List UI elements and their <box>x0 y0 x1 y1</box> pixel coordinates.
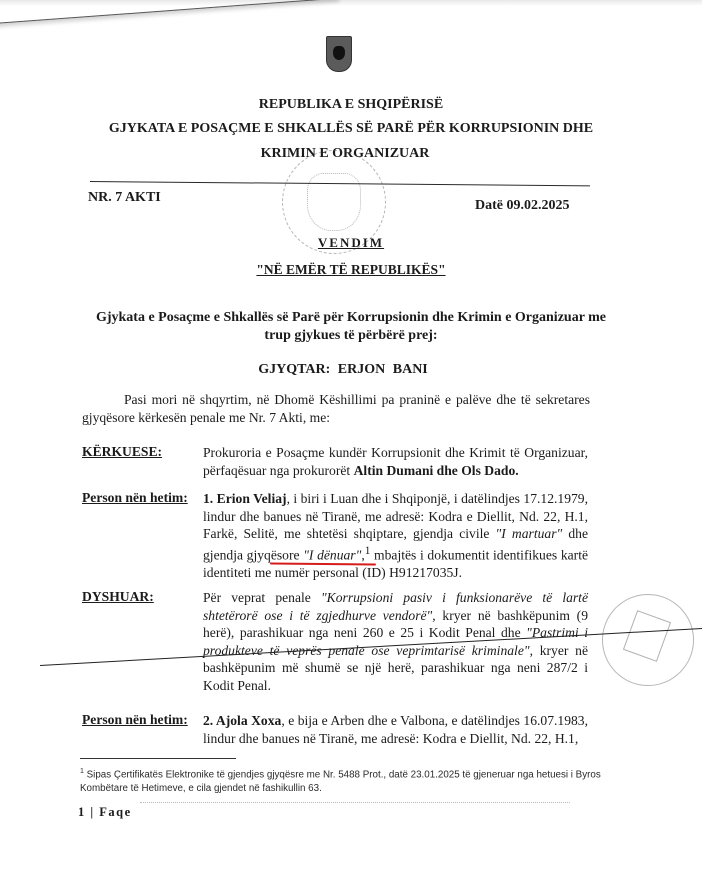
suspected-label: DYSHUAR: <box>82 589 154 605</box>
footnote-text: Sipas Çertifikatës Elektronike të gjendj… <box>80 769 601 794</box>
coat-of-arms-icon <box>326 36 352 72</box>
judge-label: GJYQTAR: <box>258 362 330 377</box>
requester-text: Prokuroria e Posaçme kundër Korrupsionit… <box>203 444 588 479</box>
footnote-divider <box>80 758 236 759</box>
person2-label: Person nën hetim: <box>82 712 188 728</box>
footnote: 1 Sipas Çertifikatës Elektronike të gjen… <box>80 765 640 796</box>
person1-text: 1. Erion Veliaj, i biri i Luan dhe i Shq… <box>203 490 588 581</box>
decision-title: VENDIM <box>0 235 702 251</box>
person1-civil-status: "I martuar" <box>496 526 563 541</box>
secretary-stamp-icon <box>602 594 694 686</box>
case-number: NR. 7 AKTI <box>88 190 161 206</box>
page-number: 1 | Faqe <box>78 805 132 820</box>
intro-paragraph: Pasi mori në shqyrtim, në Dhomë Këshilli… <box>82 391 590 426</box>
suspected-desc-a: Për veprat penale <box>203 590 321 605</box>
court-composition-line1: Gjykata e Posaçme e Shkallës së Parë për… <box>0 309 702 327</box>
decision-subtitle: "NË EMËR TË REPUBLIKËS" <box>0 262 702 278</box>
court-heading-line1: GJYKATA E POSAÇME E SHKALLËS SË PARË PËR… <box>0 121 702 137</box>
scan-noise <box>140 802 570 804</box>
requester-label: KËRKUESE: <box>82 444 162 460</box>
person2-name: 2. Ajola Xoxa <box>203 713 281 728</box>
person1-label: Person nën hetim: <box>82 490 188 506</box>
suspected-text: Për veprat penale "Korrupsioni pasiv i f… <box>203 589 588 694</box>
judge-name: ERJON BANI <box>338 362 428 377</box>
person2-text: 2. Ajola Xoxa, e bija e Arben dhe e Valb… <box>203 712 588 747</box>
decision-title-text: VENDIM <box>318 235 384 250</box>
prosecutor-names: Altin Dumani dhe Ols Dado. <box>354 463 519 478</box>
footnote-number: 1 <box>80 768 84 775</box>
court-composition: Gjykata e Posaçme e Shkallës së Parë për… <box>0 309 702 345</box>
judge-line: GJYQTAR: ERJON BANI <box>0 362 694 378</box>
decision-date: Datë 09.02.2025 <box>475 198 570 214</box>
person1-name: 1. Erion Veliaj <box>203 491 287 506</box>
person1-judicial-status: "I dënuar" <box>303 547 361 562</box>
decision-subtitle-text: "NË EMËR TË REPUBLIKËS" <box>256 262 445 277</box>
country-heading: REPUBLIKA E SHQIPËRISË <box>0 97 702 113</box>
court-composition-line2: trup gjykues të përbërë prej: <box>0 327 702 345</box>
